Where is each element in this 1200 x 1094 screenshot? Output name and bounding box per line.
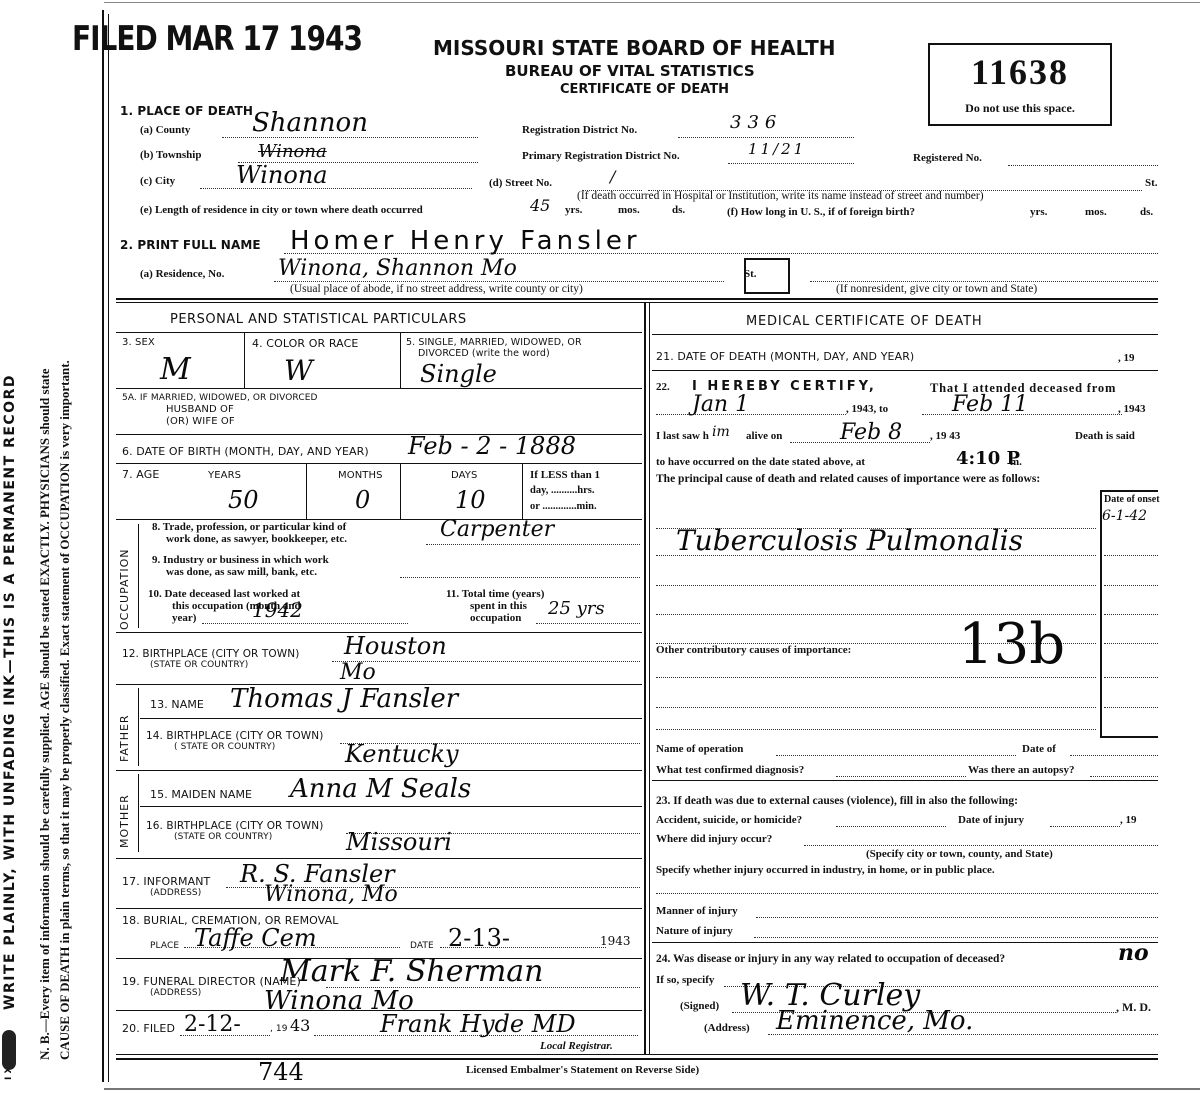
row-line	[652, 370, 1158, 371]
injury-date-field[interactable]	[1050, 825, 1120, 827]
other-cause-line-3[interactable]	[656, 728, 1096, 730]
filed-stamp: FILED MAR 17 1943	[72, 19, 362, 59]
medical-heading: MEDICAL CERTIFICATE OF DEATH	[746, 314, 982, 329]
father-birthplace-label-1: 14. BIRTHPLACE (CITY OR TOWN)	[146, 730, 323, 742]
birthplace-state-value[interactable]: Mo	[340, 660, 376, 685]
informant-address-value[interactable]: Winona, Mo	[264, 882, 398, 907]
mother-name-value[interactable]: Anna M Seals	[290, 774, 471, 804]
accident-label: Accident, suicide, or homicide?	[656, 814, 802, 826]
birthplace-label-1: 12. BIRTHPLACE (CITY OR TOWN)	[122, 648, 299, 660]
city-label: (c) City	[140, 175, 175, 187]
months-label: MONTHS	[338, 470, 383, 481]
section-divider	[116, 298, 1158, 300]
industry-label-2: was done, as saw mill, bank, etc.	[166, 566, 317, 578]
place-of-death-heading: 1. PLACE OF DEATH	[120, 104, 253, 118]
cell-divider	[244, 332, 245, 388]
last-worked-field[interactable]: 1942	[202, 612, 408, 624]
filed-year-prefix: , 19	[270, 1024, 288, 1034]
code-mark: 13b	[958, 612, 1065, 677]
row-line	[116, 1054, 1158, 1055]
burial-date-value[interactable]: 2-13-	[448, 924, 510, 952]
column-divider-inner	[649, 302, 650, 1054]
date-of-death-suffix: , 19	[1118, 352, 1135, 364]
county-value: Shannon	[252, 108, 368, 138]
certify-number: 22.	[656, 381, 670, 393]
cause-line-3[interactable]	[656, 584, 1096, 586]
less-than-line-3: or .............min.	[530, 501, 597, 512]
last-saw-mid: alive on	[746, 430, 782, 442]
trade-field[interactable]: Carpenter	[426, 533, 640, 545]
days-value[interactable]: 10	[455, 486, 486, 514]
burial-date-year[interactable]: 1943	[600, 934, 631, 948]
township-label: (b) Township	[140, 149, 201, 161]
spouse-label-1: 5A. IF MARRIED, WIDOWED, OR DIVORCED	[122, 393, 318, 403]
birthplace-city-field[interactable]	[332, 660, 640, 662]
operation-date-label: Date of	[1022, 743, 1056, 755]
onset-line-3	[1104, 613, 1158, 615]
informant-address-label: (ADDRESS)	[150, 888, 201, 898]
injury-date-label: Date of injury	[958, 814, 1024, 826]
form-subtitle: BUREAU OF VITAL STATISTICS	[505, 62, 755, 80]
mother-birthplace-label-1: 16. BIRTHPLACE (CITY OR TOWN)	[146, 820, 323, 832]
registrar-label: Local Registrar.	[540, 1040, 613, 1052]
last-worked-label-3: year)	[172, 612, 196, 624]
burial-place-value[interactable]: Taffe Cem	[194, 924, 317, 952]
other-causes-label: Other contributory causes of importance:	[656, 644, 851, 656]
residence-ds-label: ds.	[672, 204, 685, 216]
age-label: 7. AGE	[122, 468, 159, 481]
street-no-label: (d) Street No.	[489, 177, 552, 189]
trade-label-1: 8. Trade, profession, or particular kind…	[152, 521, 346, 533]
primary-registration-value: 11/21	[748, 140, 806, 158]
row-line	[652, 334, 1158, 335]
autopsy-label: Was there an autopsy?	[968, 764, 1074, 776]
certificate-number-box: 11638 Do not use this space.	[928, 43, 1112, 126]
cell-divider	[522, 463, 523, 519]
registration-district-label: Registration District No.	[522, 124, 637, 136]
operation-label: Name of operation	[656, 743, 743, 755]
attended-from-value: Jan 1	[692, 392, 749, 417]
occupational-label: 24. Was disease or injury in any way rel…	[656, 953, 1005, 965]
street-no-field[interactable]: /	[582, 177, 642, 191]
row-line	[652, 780, 1158, 781]
spouse-label-3: (OR) WIFE OF	[166, 416, 235, 427]
spouse-label-2: HUSBAND OF	[166, 404, 234, 415]
nb-instructions-line1: N. B.—Every item of information should b…	[37, 368, 53, 1060]
where-field[interactable]	[804, 844, 1158, 846]
total-time-field[interactable]: 25 yrs	[536, 612, 640, 624]
sex-value[interactable]: M	[160, 352, 191, 387]
residence-yrs-label: yrs.	[565, 204, 582, 216]
residence-mos-label: mos.	[618, 204, 640, 216]
address-label: (Address)	[704, 1022, 750, 1034]
signed-label: (Signed)	[680, 1000, 719, 1012]
onset-line-6	[1104, 706, 1158, 708]
test-field[interactable]	[836, 775, 966, 777]
left-margin: WRITE PLAINLY, WITH UNFADING INK—THIS IS…	[0, 0, 100, 1094]
race-label: 4. COLOR OR RACE	[252, 337, 358, 350]
row-line	[116, 858, 642, 859]
days-label: DAYS	[451, 470, 477, 481]
spouse-field[interactable]	[380, 392, 640, 432]
marital-label-2: DIVORCED (write the word)	[418, 348, 550, 359]
handwritten-number: 744	[258, 1058, 304, 1086]
street-name-field[interactable]	[648, 177, 1142, 191]
occupation-side-divider	[138, 524, 139, 628]
county-field[interactable]: Shannon	[222, 124, 478, 138]
specify-field[interactable]	[656, 892, 1158, 894]
autopsy-field[interactable]	[1090, 775, 1158, 777]
attended-from-year: , 1943, to	[846, 403, 888, 415]
informant-label: 17. INFORMANT	[122, 875, 210, 888]
manner-label: Manner of injury	[656, 905, 738, 917]
years-value[interactable]: 50	[228, 486, 259, 514]
section-divider-2	[116, 302, 1158, 303]
operation-field[interactable]	[776, 754, 1016, 756]
last-saw-prefix: I last saw h	[656, 430, 709, 442]
residence-length-label: (e) Length of residence in city or town …	[140, 204, 423, 216]
onset-line-2	[1104, 584, 1158, 586]
physician-address-value[interactable]: Eminence, Mo.	[776, 1006, 973, 1036]
embalmer-note: Licensed Embalmer's Statement on Reverse…	[466, 1064, 699, 1076]
death-is-said: Death is said	[1075, 430, 1135, 442]
page-bottom-edge	[104, 1088, 1200, 1090]
attended-from-field[interactable]	[656, 413, 846, 415]
marital-label-1: 5. SINGLE, MARRIED, WIDOWED, OR	[406, 337, 582, 348]
mother-side-label: MOTHER	[118, 794, 131, 848]
filed-label: 20. FILED	[122, 1022, 175, 1035]
full-name-label: 2. PRINT FULL NAME	[120, 238, 261, 252]
date-of-death-label-text: 21. DATE OF DEATH (MONTH, DAY, AND YEAR)	[656, 350, 914, 363]
less-than-line-1: If LESS than 1	[530, 469, 600, 481]
foreign-birth-label: (f) How long in U. S., if of foreign bir…	[727, 206, 915, 218]
burial-place-label: PLACE	[150, 941, 179, 951]
mother-side-divider	[138, 774, 139, 852]
cell-divider	[400, 463, 401, 519]
test-label: What test confirmed diagnosis?	[656, 764, 804, 776]
nonresident-note: (If nonresident, give city or town and S…	[836, 283, 1037, 295]
date-of-onset-value[interactable]: 6-1-42	[1102, 508, 1147, 524]
foreign-mos-label: mos.	[1085, 206, 1107, 218]
filed-date-value[interactable]: 2-12-	[184, 1012, 241, 1037]
if-so-label: If so, specify	[656, 974, 714, 986]
onset-line-5	[1104, 676, 1158, 678]
residence-value: Winona, Shannon Mo	[278, 256, 517, 281]
father-side-divider	[138, 688, 139, 766]
sex-label: 3. SEX	[122, 337, 155, 348]
seal-icon	[2, 1030, 16, 1070]
registered-no-field[interactable]	[1008, 152, 1158, 166]
industry-field[interactable]	[400, 566, 640, 578]
personal-heading: PERSONAL AND STATISTICAL PARTICULARS	[170, 312, 467, 327]
onset-line-1	[1104, 554, 1158, 556]
cell-divider	[306, 463, 307, 519]
city-value: Winona	[236, 161, 328, 189]
registration-district-field[interactable]: 336	[678, 124, 854, 138]
total-time-value: 25 yrs	[548, 598, 605, 619]
marital-value[interactable]: Single	[420, 360, 497, 388]
street-suffix: St.	[1145, 177, 1158, 189]
form-title: MISSOURI STATE BOARD OF HEALTH	[433, 36, 835, 60]
other-cause-line-1[interactable]	[656, 676, 1096, 678]
column-divider	[644, 302, 646, 1054]
occupational-value[interactable]: no	[1118, 940, 1149, 966]
row-line	[116, 388, 642, 389]
residence-label: (a) Residence, No.	[140, 268, 224, 280]
total-time-label-2: spent in this	[470, 600, 527, 612]
occupation-side-label: OCCUPATION	[118, 548, 131, 630]
dob-label: 6. DATE OF BIRTH (MONTH, DAY, AND YEAR)	[122, 445, 369, 458]
primary-registration-label: Primary Registration District No.	[522, 150, 680, 162]
funeral-address-label: (ADDRESS)	[150, 988, 201, 998]
attended-to-value: Feb 11	[952, 392, 1028, 417]
years-label: YEARS	[208, 470, 241, 481]
street-no-value: /	[610, 167, 615, 186]
manner-field[interactable]	[756, 916, 1158, 918]
date-of-onset-label: Date of onset	[1104, 494, 1160, 505]
last-saw-year: , 19 43	[930, 430, 960, 442]
specify-label: Specify whether injury occurred in indus…	[656, 864, 995, 876]
permanent-record-notice: WRITE PLAINLY, WITH UNFADING INK—THIS IS…	[2, 374, 18, 1010]
hospital-note: (If death occurred in Hospital or Instit…	[577, 190, 984, 202]
date-of-death-field[interactable]	[880, 348, 1110, 364]
date-of-death-label: 21. DATE OF DEATH (MONTH, DAY, AND YEAR)	[656, 350, 914, 363]
row-line	[116, 332, 642, 333]
attended-to-year: , 1943	[1118, 403, 1146, 415]
row-line	[116, 770, 642, 771]
burial-date-label: DATE	[410, 941, 434, 951]
nonresident-field[interactable]	[810, 268, 1158, 282]
residence-note: (Usual place of abode, if no street addr…	[290, 283, 583, 295]
father-side-label: FATHER	[118, 714, 131, 762]
row-line	[116, 519, 642, 520]
cause-intro: The principal cause of death and related…	[656, 473, 1040, 485]
row-line	[652, 942, 1158, 943]
primary-registration-field[interactable]: 11/21	[728, 150, 854, 164]
registration-district-value: 336	[730, 112, 782, 133]
birthplace-label-2: (STATE OR COUNTRY)	[150, 660, 248, 670]
nature-field[interactable]	[754, 936, 1158, 938]
nature-label: Nature of injury	[656, 925, 733, 937]
filed-year-value[interactable]: 43	[290, 1016, 310, 1035]
mother-name-label: 15. MAIDEN NAME	[150, 788, 252, 801]
operation-date-field[interactable]	[1070, 754, 1158, 756]
nb-instructions-line2: CAUSE OF DEATH in plain terms, so that i…	[57, 360, 73, 1060]
birthplace-city-value[interactable]: Houston	[344, 632, 447, 660]
months-value[interactable]: 0	[355, 486, 370, 514]
township-value: Winona	[258, 141, 327, 162]
residence-field[interactable]: Winona, Shannon Mo	[274, 268, 724, 282]
cause-of-death-value[interactable]: Tuberculosis Pulmonalis	[676, 524, 1023, 557]
cell-divider	[400, 332, 401, 388]
less-than-line-2: day, ..........hrs.	[530, 485, 594, 496]
county-label: (a) County	[140, 124, 190, 136]
city-field[interactable]: Winona	[200, 175, 472, 189]
form-border-left-inner	[108, 14, 109, 1082]
industry-label-1: 9. Industry or business in which work	[152, 554, 329, 566]
father-name-label: 13. NAME	[150, 698, 204, 711]
occurred-suffix: m.	[1010, 456, 1022, 468]
registrar-signature[interactable]: Frank Hyde MD	[380, 1010, 576, 1038]
trade-label-2: work done, as sawyer, bookkeeper, etc.	[166, 533, 347, 545]
form-border-top	[104, 2, 1200, 3]
mother-birthplace-value[interactable]: Missouri	[346, 828, 452, 856]
last-saw-date: Feb 8	[840, 420, 902, 445]
occurred-text: to have occurred on the date stated abov…	[656, 456, 865, 468]
row-line	[116, 908, 642, 909]
md-label: , M. D.	[1116, 1000, 1151, 1015]
race-value[interactable]: W	[284, 354, 313, 387]
father-name-value[interactable]: Thomas J Fansler	[230, 684, 458, 714]
document-type: CERTIFICATE OF DEATH	[560, 82, 729, 97]
where-note: (Specify city or town, county, and State…	[866, 848, 1053, 860]
do-not-use-note: Do not use this space.	[930, 101, 1110, 116]
external-causes-label: 23. If death was due to external causes …	[656, 795, 1018, 807]
onset-line-4	[1104, 642, 1158, 644]
residence-checkbox[interactable]	[744, 258, 790, 294]
where-label: Where did injury occur?	[656, 833, 772, 845]
row-line	[116, 463, 642, 464]
certificate-number: 11638	[930, 51, 1110, 93]
dob-value[interactable]: Feb - 2 - 1888	[408, 432, 576, 460]
registered-no-label: Registered No.	[913, 152, 982, 164]
full-name-value: Homer Henry Fansler	[290, 226, 641, 256]
other-cause-line-2[interactable]	[656, 706, 1096, 708]
accident-field[interactable]	[836, 825, 946, 827]
total-time-label-1: 11. Total time (years)	[446, 588, 544, 600]
row-line	[140, 718, 642, 719]
last-saw-pronoun[interactable]: im	[712, 424, 730, 440]
foreign-yrs-label: yrs.	[1030, 206, 1047, 218]
row-line	[140, 806, 642, 807]
form-border-left	[102, 10, 104, 1082]
injury-date-suffix: , 19	[1120, 814, 1137, 826]
total-time-label-3: occupation	[470, 612, 521, 624]
residence-length-value[interactable]: 45	[530, 196, 550, 215]
father-birthplace-label-2: ( STATE OR COUNTRY)	[174, 742, 275, 752]
father-birthplace-value[interactable]: Kentucky	[345, 740, 459, 768]
foreign-ds-label: ds.	[1140, 206, 1153, 218]
trade-value: Carpenter	[440, 517, 554, 542]
last-worked-value: 1942	[252, 598, 303, 622]
mother-birthplace-label-2: (STATE OR COUNTRY)	[174, 832, 272, 842]
funeral-director-value[interactable]: Mark F. Sherman	[280, 954, 544, 989]
